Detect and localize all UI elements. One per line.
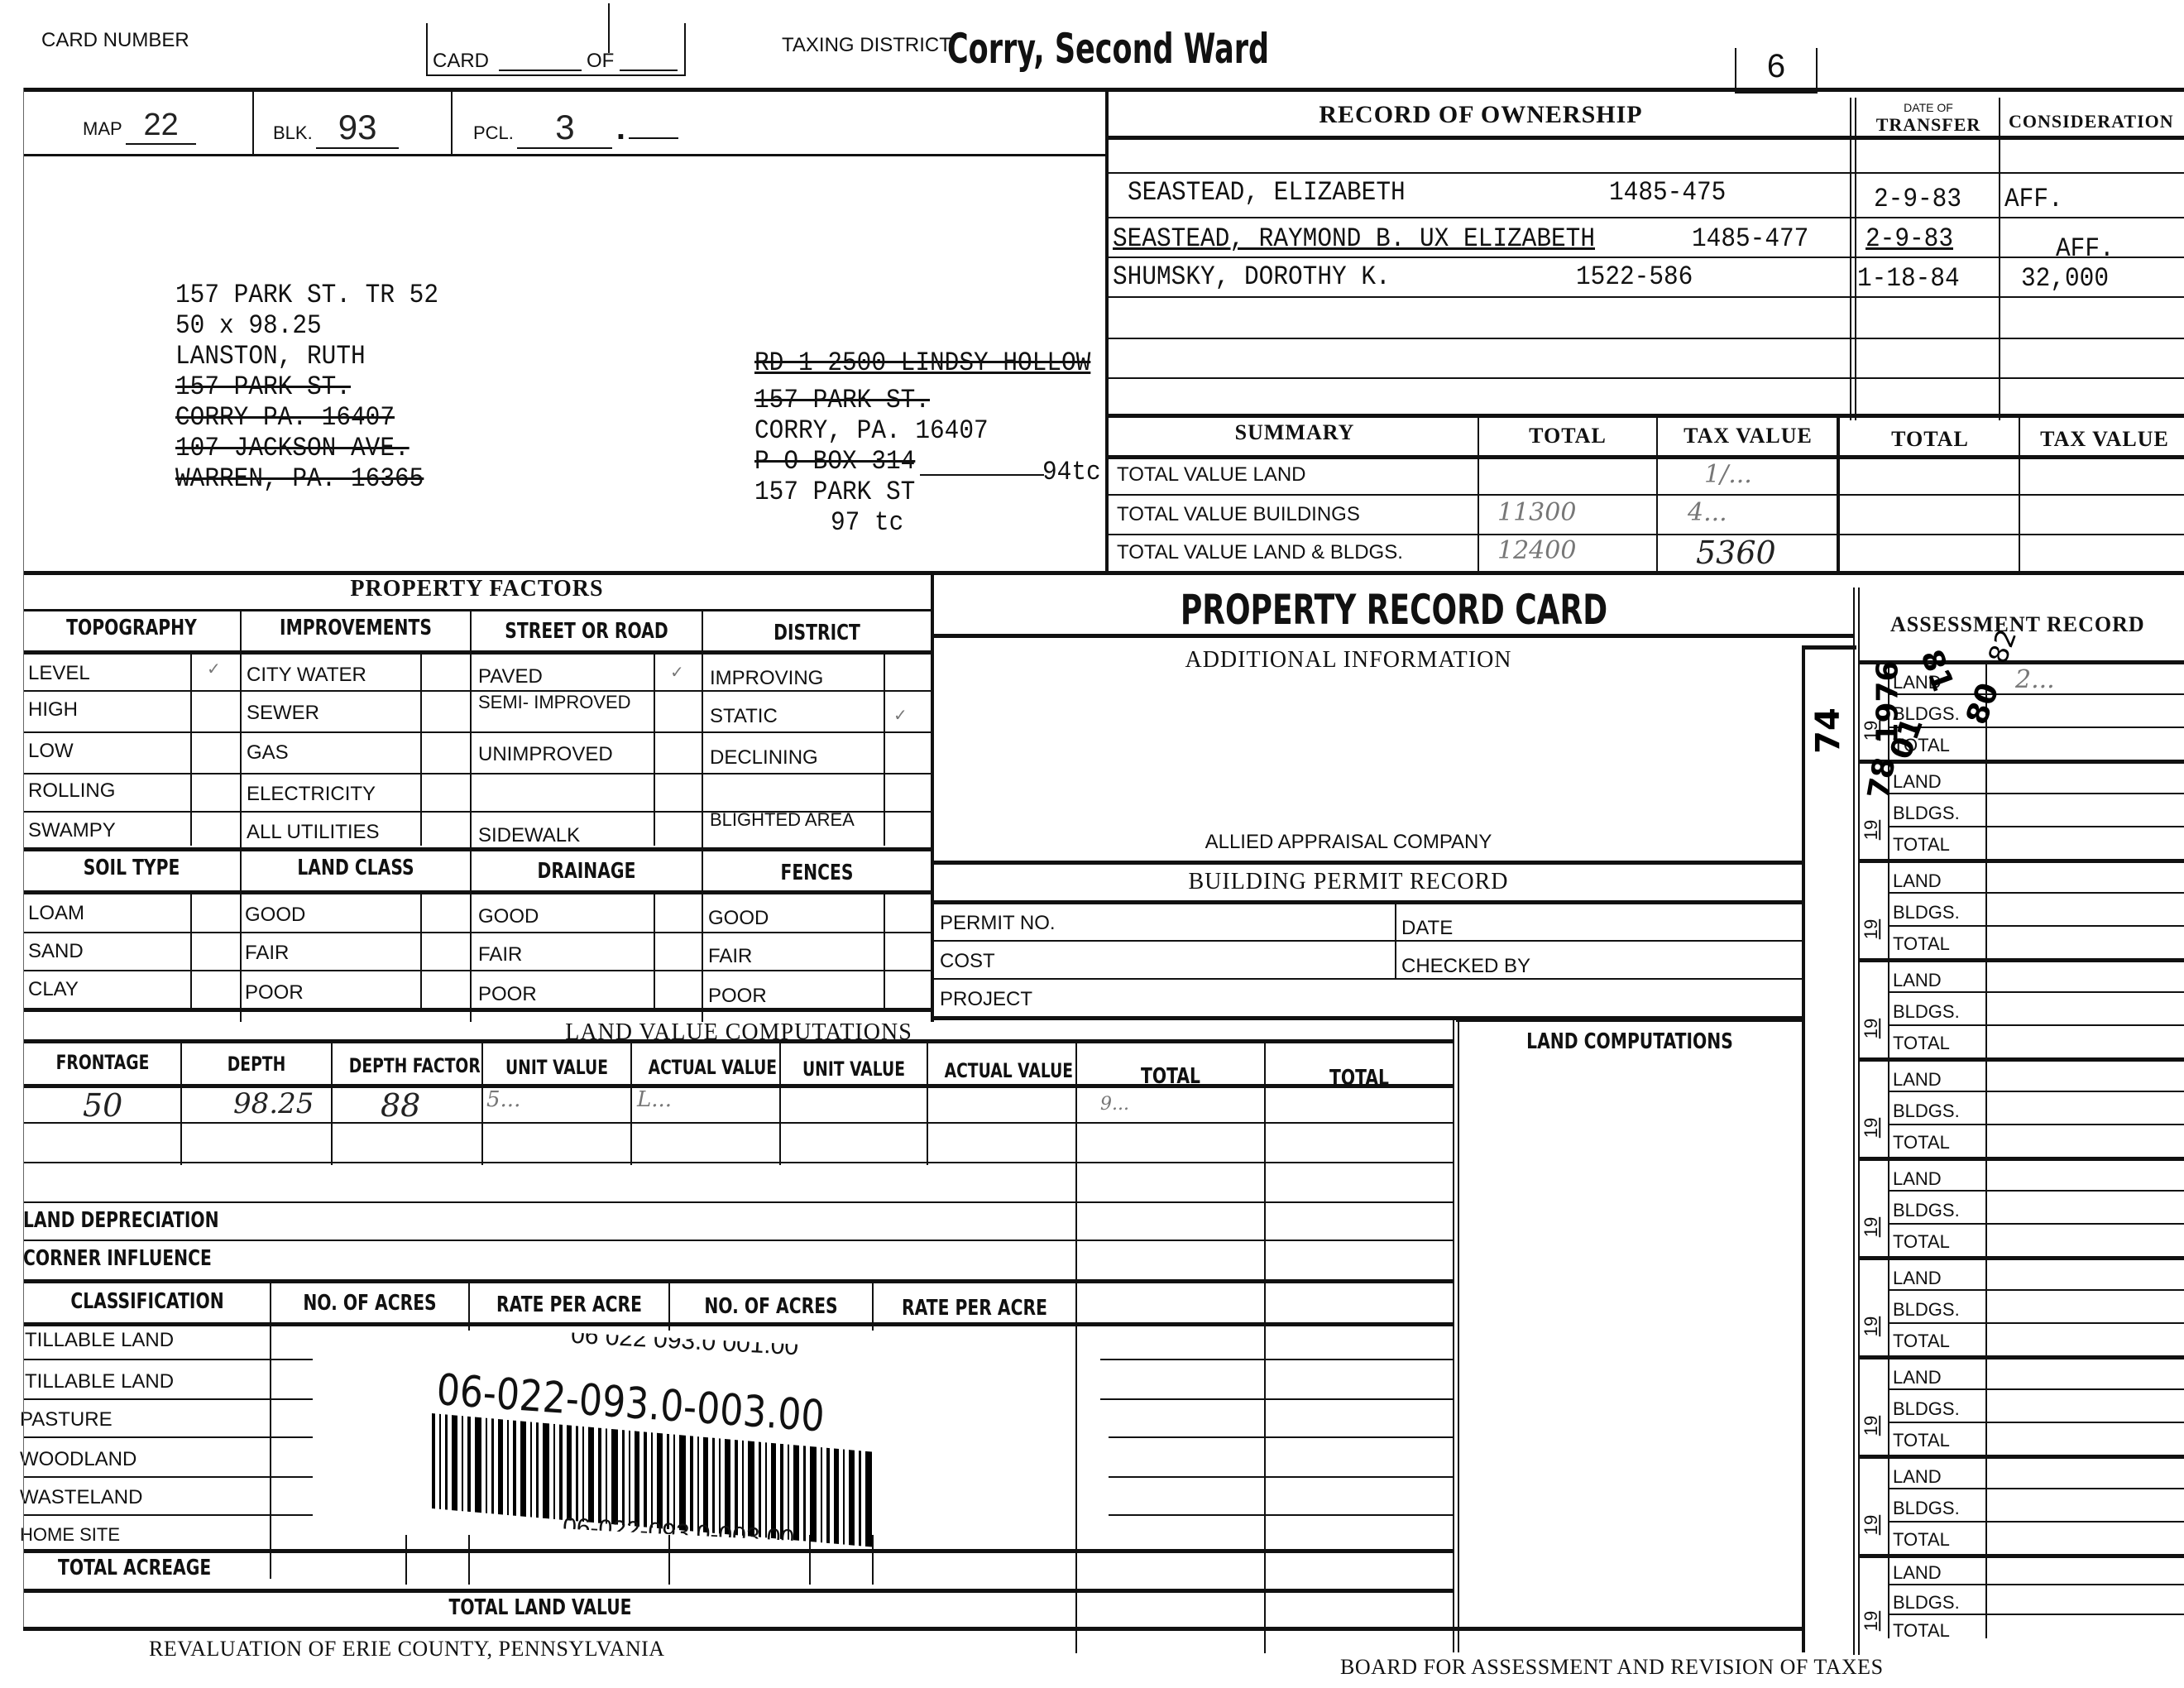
summary-title: SUMMARY [1113, 420, 1477, 445]
rule [1109, 494, 2184, 496]
rule [1100, 1398, 1454, 1400]
assessment-bldgs-label: BLDGS. [1893, 1001, 1960, 1023]
rule [23, 1322, 1454, 1326]
factor-level: LEVEL [28, 662, 90, 685]
address-right: RD 1 2500 LINDSY HOLLOW 157 PARK ST. COR… [754, 348, 1120, 538]
soil-sand: SAND [28, 940, 84, 963]
assessment-bldgs-label: BLDGS. [1893, 1592, 1960, 1614]
rule [1109, 1514, 1454, 1516]
factor-high: HIGH [28, 698, 78, 722]
rule [1109, 534, 2184, 535]
owner-name-struck: SEASTEAD, RAYMOND B. UX ELIZABETH [1113, 223, 1595, 254]
factor-sidewalk: SIDEWALK [478, 824, 580, 847]
divider [931, 571, 934, 1022]
divider [702, 611, 703, 1022]
rule [23, 1279, 1454, 1283]
summary-tax-value-land-bldgs[interactable]: 5360 [1696, 535, 1776, 571]
drainage-good: GOOD [478, 905, 539, 928]
summary-col-tax-value: TAX VALUE [1660, 424, 1837, 448]
stamp-78: 78 [1862, 755, 1903, 801]
assessment-land-label: LAND [1893, 1367, 1942, 1388]
unit-value-header: UNIT VALUE [500, 1056, 615, 1079]
barcode-top-print: 06 022 093.0 001.00 [570, 1321, 799, 1361]
year-prefix: 19 [1861, 820, 1882, 840]
fences-good: GOOD [708, 907, 769, 930]
card-box: 6 [1735, 48, 1818, 94]
fences-poor: POOR [708, 985, 767, 1008]
assessment-block[interactable]: 19 LAND BLDGS. TOTAL [1858, 1258, 2184, 1355]
assessment-land-value: 2... [2015, 665, 2055, 694]
rule [1888, 892, 2184, 894]
fences-fair: FAIR [708, 945, 752, 968]
summary-row-label: TOTAL VALUE LAND & BLDGS. [1117, 541, 1403, 564]
divider [1105, 88, 1109, 571]
check-mark-icon[interactable]: ✓ [893, 705, 908, 726]
annotation-94tc: 94tc [1042, 457, 1101, 487]
year-prefix: 19 [1861, 1217, 1882, 1237]
rule [1888, 793, 2184, 794]
divider [1837, 416, 1840, 572]
rule [1109, 377, 2184, 379]
divider [1453, 1019, 1454, 1652]
year-prefix: 19 [1861, 919, 1882, 939]
factor-unimproved: UNIMPROVED [478, 743, 613, 766]
rule [1888, 1614, 2184, 1615]
address-line: 157 PARK ST. TR 52 [175, 280, 438, 310]
rule [933, 978, 1802, 980]
actual-value[interactable]: L... [637, 1087, 672, 1112]
assessment-block[interactable]: 19 LAND BLDGS. TOTAL [1858, 960, 2184, 1057]
divider [1395, 902, 1396, 978]
factor-semi-improved: SEMI- IMPROVED [478, 693, 644, 712]
footer-left: REVALUATION OF ERIE COUNTY, PENNSYLVANIA [149, 1637, 665, 1662]
land-class-good: GOOD [245, 904, 305, 927]
divider [190, 892, 192, 1008]
acres-header-2: NO. OF ACRES [692, 1294, 850, 1319]
summary-row-label: TOTAL VALUE LAND [1117, 463, 1306, 487]
card-of-box: CARD OF [426, 23, 686, 76]
owner-name: SHUMSKY, DOROTHY K. [1113, 261, 1391, 292]
permit-no-label: PERMIT NO. [940, 912, 1056, 935]
summary-tax-value-buildings[interactable]: 4... [1688, 498, 1727, 527]
strike-rule [920, 474, 1044, 476]
address-line: LANSTON, RUTH [175, 341, 438, 372]
ownership-row[interactable]: SHUMSKY, DOROTHY K. 1522-586 1-18-84 32,… [1113, 258, 2184, 295]
assessment-bldgs-label: BLDGS. [1893, 1398, 1960, 1420]
rule [1888, 1388, 2184, 1390]
divider [420, 654, 422, 846]
assessment-block[interactable]: 19 LAND BLDGS. TOTAL [1858, 1556, 2184, 1638]
depth-factor-value[interactable]: 88 [381, 1087, 420, 1124]
divider [1458, 1019, 1459, 1652]
assessment-land-label: LAND [1893, 1562, 1942, 1584]
rule [1109, 172, 2184, 174]
rule [23, 1008, 931, 1012]
divider [654, 654, 655, 846]
total-acreage-label: TOTAL ACREAGE [58, 1556, 211, 1580]
project-label: PROJECT [940, 988, 1032, 1011]
pcl-field[interactable]: PCL. 3 . [473, 108, 678, 149]
rule [1100, 1359, 1454, 1360]
frontage-header: FRONTAGE [42, 1051, 164, 1074]
rule [1888, 1422, 2184, 1423]
divider [1802, 647, 1805, 1652]
rule [1888, 991, 2184, 993]
depth-header: DEPTH [199, 1053, 314, 1076]
classification-header: CLASSIFICATION [52, 1289, 243, 1314]
cost-label: COST [940, 950, 995, 973]
assessment-total-label: TOTAL [1893, 1430, 1950, 1451]
rule [1109, 217, 2184, 218]
factor-static: STATIC [710, 705, 778, 728]
address-line-struck: 157 PARK ST. [175, 372, 438, 402]
rule [1888, 1024, 2184, 1026]
year-prefix: 19 [1861, 1118, 1882, 1138]
ownership-title: RECORD OF OWNERSHIP [1113, 101, 1849, 129]
factor-city-water: CITY WATER [247, 664, 366, 687]
depth-value[interactable]: 98.25 [233, 1087, 314, 1120]
assessment-bldgs-label: BLDGS. [1893, 803, 1960, 824]
summary-row-label: TOTAL VALUE BUILDINGS [1117, 503, 1360, 526]
rule [23, 1359, 313, 1360]
rule [1888, 1124, 2184, 1125]
assessment-total-label: TOTAL [1893, 834, 1950, 856]
blk-field[interactable]: BLK. 93 [273, 108, 399, 149]
divider [331, 1041, 333, 1165]
rule [1109, 338, 2184, 339]
soil-type-header: SOIL TYPE [48, 856, 214, 880]
assessment-total-label: TOTAL [1893, 1033, 1950, 1054]
rule [1802, 645, 1856, 650]
total-value[interactable]: 9... [1100, 1094, 1129, 1115]
assessment-block[interactable]: 19 LAND BLDGS. TOTAL [1858, 861, 2184, 958]
land-depreciation-label: LAND DEPRECIATION [23, 1208, 219, 1233]
additional-info-title: ADDITIONAL INFORMATION [935, 647, 1762, 674]
rule [23, 932, 931, 933]
address-line: 157 PARK ST [754, 477, 1090, 507]
rule [23, 890, 931, 894]
soil-clay: CLAY [28, 978, 79, 1001]
topography-header: TOPOGRAPHY [48, 616, 214, 640]
factor-improving: IMPROVING [710, 667, 823, 690]
deed-ref: 1522-586 [1576, 261, 1693, 292]
divider [1656, 416, 1658, 572]
ownership-row[interactable]: SEASTEAD, ELIZABETH 1485-475 2-9-83 AFF. [1113, 175, 2184, 213]
assessment-block[interactable]: 19 LAND BLDGS. TOTAL [1858, 1158, 2184, 1256]
of-field[interactable] [620, 70, 678, 71]
rule [1888, 1322, 2184, 1324]
rule [23, 1476, 313, 1478]
card-label: CARD [433, 50, 489, 73]
assessment-total-label: TOTAL [1893, 1331, 1950, 1352]
check-mark-icon[interactable]: ✓ [670, 662, 684, 683]
assessment-block[interactable]: 19 LAND BLDGS. TOTAL [1858, 761, 2184, 859]
divider [779, 1041, 781, 1165]
rule [23, 1122, 1454, 1124]
assessment-total-label: TOTAL [1893, 1132, 1950, 1153]
map-field[interactable]: MAP 22 [83, 108, 196, 145]
divider [654, 892, 655, 1008]
factor-low: LOW [28, 740, 74, 763]
rule [23, 88, 2184, 92]
address-line: 50 x 98.25 [175, 310, 438, 341]
address-line: CORRY, PA. 16407 [754, 415, 1090, 446]
pcl-label: PCL. [473, 122, 514, 143]
actual-value-header: ACTUAL VALUE [649, 1056, 764, 1079]
rule [23, 1201, 1454, 1203]
total-land-value-label: TOTAL LAND VALUE [137, 1595, 944, 1620]
rule [23, 1549, 1454, 1553]
rule [933, 861, 1802, 865]
assessment-land-label: LAND [1893, 1069, 1942, 1091]
classification-pasture: PASTURE [20, 1408, 113, 1431]
frontage-value[interactable]: 50 [83, 1087, 122, 1124]
divider [927, 1041, 928, 1165]
divider [190, 654, 192, 846]
assessment-block[interactable]: 19 LAND BLDGS. TOTAL [1858, 1059, 2184, 1157]
classification-woodland: WOODLAND [20, 1448, 136, 1471]
rule [1888, 1584, 2184, 1585]
classification-wasteland: WASTELAND [20, 1486, 142, 1509]
checked-by-field[interactable] [1555, 943, 1795, 975]
company-name: ALLIED APPRAISAL COMPANY [935, 831, 1762, 854]
ownership-row[interactable]: SEASTEAD, RAYMOND B. UX ELIZABETH 1485-4… [1113, 222, 2184, 255]
rule [23, 1039, 1454, 1043]
card-box-value: 6 [1736, 48, 1816, 84]
unit-value[interactable]: 5... [486, 1087, 520, 1112]
factor-all-utilities: ALL UTILITIES [247, 821, 380, 844]
unit-value-header-2: UNIT VALUE [797, 1057, 910, 1081]
rule [1888, 925, 2184, 927]
assessment-land-label: LAND [1893, 1268, 1942, 1289]
divider [809, 1535, 811, 1585]
improvements-header: IMPROVEMENTS [266, 616, 444, 640]
soil-loam: LOAM [28, 902, 84, 925]
divider [884, 654, 885, 846]
year-prefix: 19 [1861, 1019, 1882, 1038]
rule [23, 1514, 313, 1516]
address-line-struck: 107 JACKSON AVE. [175, 433, 438, 463]
divider [668, 1535, 670, 1585]
date-header: TRANSFER [1858, 114, 1999, 136]
assessment-grid: 19 LAND BLDGS. TOTAL 2... 19 LAND BLDGS.… [1858, 662, 2184, 1638]
rule [1109, 1476, 1454, 1478]
year-prefix: 19 [1861, 1316, 1882, 1336]
divider [240, 611, 242, 1022]
rule [933, 900, 1802, 904]
rule [1888, 1190, 2184, 1192]
rule [933, 634, 1853, 638]
date-header-small: DATE OF [1858, 101, 1999, 114]
faint-marks [1679, 662, 1803, 761]
rule [933, 940, 1802, 942]
assessment-total-label: TOTAL [1893, 933, 1950, 955]
factor-gas: GAS [247, 741, 289, 765]
drainage-fair: FAIR [478, 943, 522, 966]
drainage-poor: POOR [478, 983, 537, 1006]
building-permit-title: BUILDING PERMIT RECORD [935, 869, 1762, 895]
project-field[interactable] [1059, 981, 1795, 1013]
pcl-sub-field [629, 137, 678, 139]
rate-header-2: RATE PER ACRE [896, 1296, 1053, 1321]
assessment-bldgs-label: BLDGS. [1893, 1101, 1960, 1122]
permit-date-field[interactable] [1473, 905, 1795, 937]
divider [630, 1041, 632, 1165]
year-prefix: 19 [1861, 1515, 1882, 1535]
rule [1888, 1521, 2184, 1523]
blk-label: BLK. [273, 122, 313, 143]
blk-value: 93 [316, 108, 399, 149]
divider [2019, 416, 2020, 572]
rule [23, 1240, 1454, 1241]
year-prefix: 19 [1861, 1611, 1882, 1631]
divider [1853, 587, 1855, 1655]
divider [405, 1535, 407, 1585]
divider [468, 1535, 470, 1585]
rule [23, 1398, 313, 1400]
rule [1109, 414, 2184, 418]
divider [252, 88, 254, 156]
rule [1888, 1488, 2184, 1489]
address-line-struck: RD 1 2500 LINDSY HOLLOW [754, 348, 1090, 378]
rule [1888, 1289, 2184, 1291]
rule [1109, 296, 2184, 298]
factor-blighted-area-label: BLIGHTED AREA [710, 809, 855, 830]
rule [23, 1436, 313, 1438]
stamp-74: 74 [1809, 707, 1847, 754]
assessment-bldgs-label: BLDGS. [1893, 902, 1960, 923]
factor-swampy: SWAMPY [28, 819, 116, 842]
deed-ref: 1485-475 [1609, 177, 1726, 208]
assessment-land-label: LAND [1893, 970, 1942, 991]
owner-name: SEASTEAD, ELIZABETH [1128, 177, 1406, 208]
assessment-block[interactable]: 19 LAND BLDGS. TOTAL [1858, 1357, 2184, 1455]
assessment-block[interactable]: 19 LAND BLDGS. TOTAL [1858, 1456, 2184, 1554]
summary-col-total: TOTAL [1481, 424, 1655, 448]
acres-header: NO. OF ACRES [293, 1291, 447, 1316]
map-value: 22 [126, 108, 196, 145]
check-mark-icon[interactable]: ✓ [207, 659, 221, 679]
land-class-fair: FAIR [245, 942, 289, 965]
rule [1109, 455, 2184, 459]
of-label: OF [587, 50, 614, 73]
rule [23, 731, 931, 733]
factor-paved: PAVED [478, 665, 543, 688]
address-line: 97 tc [754, 507, 1090, 538]
divider [420, 892, 422, 1008]
rule [23, 609, 931, 611]
factor-rolling: ROLLING [28, 779, 115, 803]
consideration: 32,000 [2021, 263, 2109, 294]
page-left-edge [23, 88, 24, 1627]
assessment-total-label: TOTAL [1893, 1231, 1950, 1253]
rule [23, 1162, 1454, 1163]
factor-declining: DECLINING [710, 746, 818, 770]
rule [1888, 727, 2184, 728]
divider [1264, 1041, 1266, 1653]
rule [23, 571, 2184, 575]
rule [23, 773, 931, 774]
rule [1888, 1091, 2184, 1092]
card-number-label: CARD NUMBER [41, 30, 149, 51]
factor-blighted-area: BLIGHTED AREA [710, 811, 875, 829]
rule [1109, 1436, 1454, 1438]
summary-total-land-bldgs[interactable]: 12400 [1497, 536, 1576, 565]
assessment-land-label: LAND [1893, 1168, 1942, 1190]
pcl-value: 3 [517, 108, 612, 149]
factor-semi-improved-label: SEMI- IMPROVED [478, 692, 631, 712]
classification-tillable-land-2: TILLABLE LAND [25, 1370, 174, 1393]
cost-field[interactable] [1026, 943, 1390, 975]
address-line-struck: P O BOX 314 [754, 446, 1090, 477]
rate-header: RATE PER ACRE [491, 1292, 646, 1317]
property-factors-title: PROPERTY FACTORS [23, 576, 931, 602]
assessment-land-label: LAND [1893, 771, 1942, 793]
assessment-land-label: LAND [1893, 1466, 1942, 1488]
rule [1456, 1018, 1803, 1022]
assessment-land-label: LAND [1893, 870, 1942, 892]
land-computations-title: LAND COMPUTATIONS [1496, 1029, 1764, 1054]
rule [1888, 826, 2184, 827]
rule [1888, 1223, 2184, 1225]
consideration-header: CONSIDERATION [2009, 111, 2174, 132]
year-prefix: 19 [1861, 1416, 1882, 1436]
classification-home-site: HOME SITE [20, 1524, 120, 1546]
deed-ref: 1485-477 [1692, 223, 1808, 254]
land-class-header: LAND CLASS [266, 856, 444, 880]
rule [23, 1627, 1803, 1631]
consideration: AFF. [2004, 184, 2063, 214]
corner-influence-label: CORNER INFLUENCE [23, 1246, 212, 1271]
fences-header: FENCES [728, 861, 906, 885]
rule [23, 970, 931, 971]
summary-col-tax-value-2: TAX VALUE [2022, 427, 2184, 452]
classification-tillable-land: TILLABLE LAND [25, 1329, 174, 1352]
drainage-header: DRAINAGE [497, 859, 677, 884]
transfer-date: 2-9-83 [1865, 223, 1953, 254]
permit-no-field[interactable] [1158, 905, 1390, 937]
rule [23, 847, 931, 851]
divider [884, 892, 885, 1008]
pcl-suffix: . [616, 110, 625, 146]
assessment-bldgs-label: BLDGS. [1893, 1200, 1960, 1221]
rule [1109, 136, 2184, 140]
address-line-struck: 157 PARK ST. [754, 385, 1090, 415]
street-header: STREET OR ROAD [497, 619, 677, 644]
factor-electricity: ELECTRICITY [247, 783, 376, 806]
footer-right: BOARD FOR ASSESSMENT AND REVISION OF TAX… [1340, 1655, 1884, 1680]
factor-sewer: SEWER [247, 702, 319, 725]
actual-value-header-2: ACTUAL VALUE [945, 1059, 1060, 1082]
summary-tax-value-land[interactable]: 1/... [1704, 460, 1752, 489]
card-field[interactable] [499, 70, 582, 71]
property-record-card-title: PROPERTY RECORD CARD [1063, 586, 1724, 634]
divider [481, 1041, 483, 1165]
divider [180, 1041, 182, 1165]
address-left: 157 PARK ST. TR 52 50 x 98.25 LANSTON, R… [175, 280, 462, 494]
assessment-total-label: TOTAL [1893, 1620, 1950, 1642]
tick-mark [608, 3, 610, 53]
total-land-value-field[interactable] [1075, 1592, 1262, 1625]
assessment-total-label: TOTAL [1893, 1529, 1950, 1551]
divider [451, 88, 453, 156]
summary-total-buildings[interactable]: 11300 [1497, 498, 1576, 527]
summary-col-total-2: TOTAL [1842, 427, 2019, 452]
map-label: MAP [83, 118, 122, 139]
district-header: DISTRICT [728, 621, 906, 645]
transfer-date: 1-18-84 [1857, 263, 1960, 294]
transfer-date: 2-9-83 [1874, 184, 1961, 214]
